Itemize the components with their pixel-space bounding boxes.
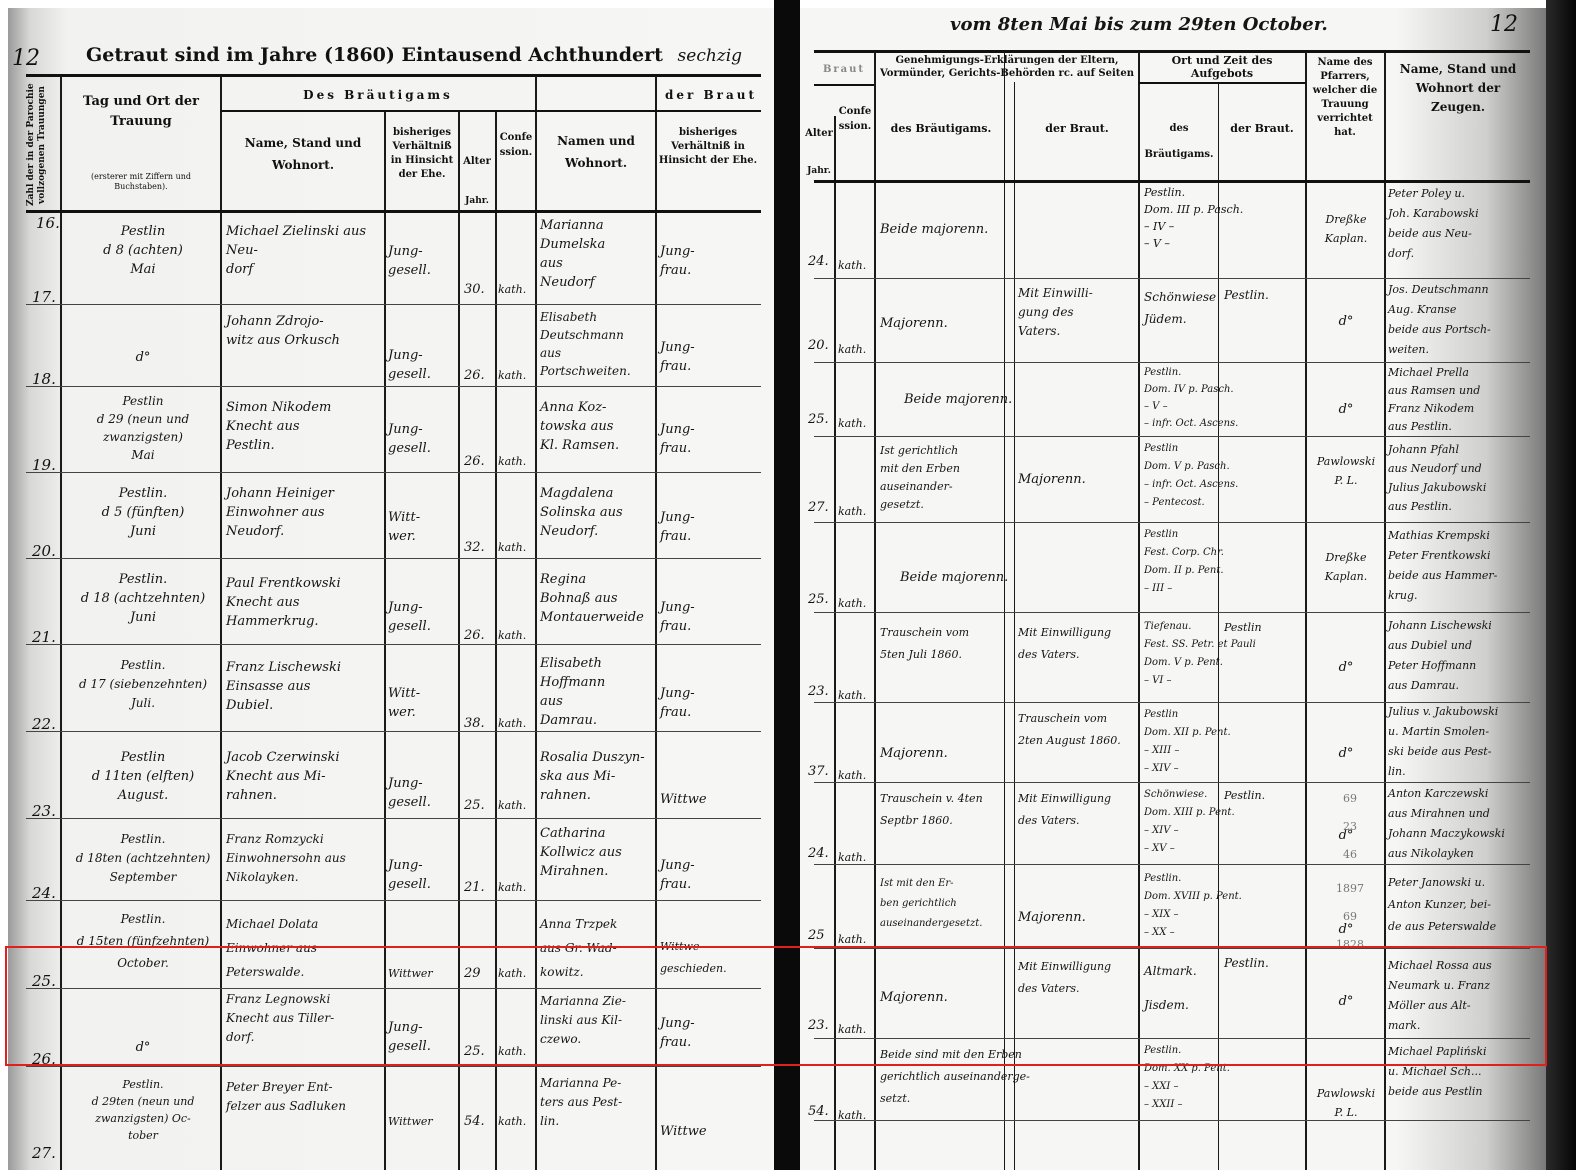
witnesses: Michael Rossa aus Neumark u. Franz Mölle… — [1388, 956, 1530, 1036]
header-consent-bride: der Braut. — [1018, 116, 1136, 142]
entry-number: 22. — [32, 715, 56, 733]
col-divider — [60, 76, 62, 1170]
bride-name: Rosalia Duszyn- ska aus Mi- rahnen. — [540, 748, 654, 805]
row-separator — [26, 558, 761, 559]
groom-confession: kath. — [498, 964, 534, 983]
header-groom-age-unit: Jahr. — [460, 194, 494, 209]
witnesses: Michael Prella aus Ramsen und Franz Niko… — [1388, 364, 1530, 436]
header-bride-group: der Braut — [537, 88, 757, 103]
entry-number: 23. — [32, 802, 56, 820]
bride-confession: kath. — [838, 1020, 866, 1039]
consent-groom: Beide majorenn. — [904, 390, 1136, 409]
banns-groom: Pestlin. Dom. IV p. Pasch. – V – – infr.… — [1144, 364, 1304, 432]
groom-confession: kath. — [498, 280, 534, 299]
row-separator — [26, 731, 761, 732]
groom-status: Wittwer — [388, 1112, 456, 1131]
pastor-name: Pawlowski P. L. — [1308, 1084, 1384, 1122]
banns-groom: Schönwiese Jüdem. — [1144, 286, 1222, 330]
header-pastor: Name des Pfarrers, welcher die Trauung v… — [1307, 56, 1383, 140]
marriage-date-place: Pestlin d 29 (neun und zwanzigsten) Mai — [70, 392, 216, 464]
header-bottom-rule — [814, 180, 1530, 183]
row-separator — [814, 522, 1530, 523]
bride-name: Anna Koz- towska aus Kl. Ramsen. — [540, 398, 654, 455]
groom-name: Johann Heiniger Einwohner aus Neudorf. — [226, 484, 382, 541]
entry-number: 20. — [32, 542, 56, 560]
bride-confession: kath. — [838, 848, 866, 867]
row-separator — [814, 782, 1530, 783]
consent-bride: Mit Einwilligung des Vaters. — [1018, 956, 1136, 1000]
col-divider — [1014, 82, 1015, 1170]
witnesses: Julius v. Jakubowski u. Martin Smolen- s… — [1388, 702, 1530, 782]
consent-groom: Trauschein v. 4ten Septbr 1860. — [880, 788, 1004, 832]
right-page-number: 12 — [1490, 12, 1518, 37]
pastor-name: d° — [1308, 312, 1384, 331]
bride-confession: kath. — [838, 414, 866, 433]
pastor-name: d° — [1308, 400, 1384, 419]
witnesses: Johann Lischewski aus Dubiel und Peter H… — [1388, 616, 1530, 696]
bride-age: 23. — [808, 684, 829, 699]
bride-confession: kath. — [838, 594, 866, 613]
entry-number: 24. — [32, 884, 56, 902]
header-date-place-note: (ersterer mit Ziffern und Buchstaben). — [66, 172, 216, 192]
consent-groom: Ist mit den Er- ben gerichtlich auseinan… — [880, 874, 1004, 934]
marriage-date-place: Pestlin. d 5 (fünften) Juni — [70, 484, 216, 541]
groom-age: 26. — [464, 626, 494, 645]
groom-status: Witt- wer. — [388, 508, 456, 546]
bride-age: 54. — [808, 1104, 829, 1119]
banns-groom: Pestlin Dom. XII p. Pent. – XIII – – XIV… — [1144, 706, 1304, 778]
col-divider — [220, 76, 222, 1170]
banns-groom: Pestlin. Dom. XX p. Pent. – XXI – – XXII… — [1144, 1042, 1304, 1114]
witnesses: Jos. Deutschmann Aug. Kranse beide aus P… — [1388, 280, 1530, 360]
pastor-name: d° — [1308, 744, 1384, 763]
header-date-place: Tag und Ort der Trauung — [66, 92, 216, 132]
row-separator — [814, 436, 1530, 437]
groom-status: Jung- gesell. — [388, 346, 456, 384]
bride-name: Regina Bohnaß aus Montauerweide — [540, 570, 654, 627]
row-separator — [814, 1120, 1530, 1121]
entry-number: 19. — [32, 456, 56, 474]
row-separator — [26, 304, 761, 305]
pastor-name: Dreßke Kaplan. — [1308, 548, 1384, 586]
entry-number: 21. — [32, 628, 56, 646]
groom-confession: kath. — [498, 714, 534, 733]
banns-groom: Pestlin Dom. V p. Pasch. – infr. Oct. As… — [1144, 440, 1304, 512]
bride-name: Catharina Kollwicz aus Mirahnen. — [540, 824, 654, 881]
title-rule — [814, 50, 1530, 53]
banns-bride: Pestlin — [1224, 618, 1304, 637]
marriage-date-place: Pestlin d 8 (achten) Mai — [70, 222, 216, 279]
header-bottom-rule — [26, 210, 761, 213]
bride-name: Anna Trzpek aus Gr. Wad- kowitz. — [540, 912, 654, 984]
groom-name: Jacob Czerwinski Knecht aus Mi- rahnen. — [226, 748, 382, 805]
header-bride-group: Braut — [814, 62, 874, 77]
banns-bride: Pestlin. — [1224, 954, 1304, 973]
bride-age: 37. — [808, 764, 829, 779]
groom-confession: kath. — [498, 366, 534, 385]
pastor-name: d° — [1308, 658, 1384, 677]
bride-status: Jung- frau. — [660, 598, 756, 636]
header-consent-group: Genehmigungs-Erklärungen der Eltern, Vor… — [876, 54, 1138, 80]
groom-name: Johann Zdrojo- witz aus Orkusch — [226, 312, 382, 350]
header-entry-number: Zahl der in der Parochie vollzogenen Tra… — [26, 82, 58, 208]
col-divider — [1305, 52, 1307, 1170]
header-groom-status: bisheriges Verhältniß in Hinsicht der Eh… — [387, 126, 457, 182]
bride-age: 25. — [808, 412, 829, 427]
groom-age: 38. — [464, 714, 494, 733]
bride-confession: kath. — [838, 766, 866, 785]
row-separator — [814, 948, 1530, 949]
groom-status: Jung- gesell. — [388, 598, 456, 636]
entry-number: 17. — [32, 288, 56, 306]
consent-groom: Ist gerichtlich mit den Erben auseinande… — [880, 442, 1004, 514]
bride-status: Jung- frau. — [660, 684, 756, 722]
bride-name: Marianna Zie- linski aus Kil- czewo. — [540, 992, 654, 1049]
groom-confession: kath. — [498, 796, 534, 815]
bride-status: Jung- frau. — [660, 856, 756, 894]
groom-status: Jung- gesell. — [388, 856, 456, 894]
marriage-date-place: Pestlin. d 29ten (neun und zwanzigsten) … — [70, 1076, 216, 1144]
book-gutter — [774, 0, 800, 1170]
right-page-title: vom 8ten Mai bis zum 29ten October. — [950, 14, 1328, 35]
pastor-name: Pawlowski P. L. — [1308, 452, 1384, 490]
col-divider — [655, 76, 657, 1170]
marriage-date-place: Pestlin. d 18ten (achtzehnten) September — [70, 830, 216, 887]
bride-confession: kath. — [838, 930, 866, 949]
left-page-number: 12 — [12, 46, 40, 71]
bride-age: 25. — [808, 592, 829, 607]
banns-groom: Pestlin. Dom. III p. Pasch. – IV – – V – — [1144, 184, 1304, 252]
bride-age: 27. — [808, 500, 829, 515]
bride-name: Marianna Dumelska aus Neudorf — [540, 216, 654, 292]
book-right-edge — [1546, 0, 1576, 1170]
bride-status: Jung- frau. — [660, 508, 756, 546]
pencil-note: 1897 69 1828 — [1322, 868, 1378, 952]
col-divider — [458, 112, 460, 1170]
consent-bride: Majorenn. — [1018, 470, 1136, 489]
row-separator — [814, 362, 1530, 363]
consent-groom: Majorenn. — [880, 744, 1004, 763]
bride-name: Elisabeth Deutschmann aus Portschweiten. — [540, 308, 654, 380]
groom-status: Jung- gesell. — [388, 242, 456, 280]
banns-bride: Pestlin. — [1224, 286, 1304, 305]
header-witnesses: Name, Stand und Wohnort der Zeugen. — [1388, 60, 1528, 117]
groom-confession: kath. — [498, 538, 534, 557]
row-separator — [26, 1066, 761, 1067]
groom-name: Simon Nikodem Knecht aus Pestlin. — [226, 398, 382, 455]
header-banns-bride: der Braut. — [1220, 116, 1304, 142]
groom-age: 29 — [464, 964, 494, 983]
header-banns-groom: des Bräutigams. — [1140, 116, 1218, 168]
groom-status: Witt- wer. — [388, 684, 456, 722]
consent-groom: Beide sind mit den Erben gerichtlich aus… — [880, 1044, 1138, 1110]
banns-groom: Altmark. Jisdem. — [1144, 954, 1222, 1022]
banns-groom: Pestlin Fest. Corp. Chr. Dom. II p. Pent… — [1144, 526, 1304, 598]
groom-name: Paul Frentkowski Knecht aus Hammerkrug. — [226, 574, 382, 631]
left-page-title: Getraut sind im Jahre (1860) Eintausend … — [86, 44, 742, 66]
groom-age: 21. — [464, 878, 494, 897]
groom-confession: kath. — [498, 452, 534, 471]
consent-groom: Beide majorenn. — [900, 568, 1136, 587]
witnesses: Peter Poley u. Joh. Karabowski beide aus… — [1388, 184, 1530, 264]
header-groom-age: Alter — [460, 154, 494, 169]
header-bride-name: Namen und Wohnort. — [539, 130, 653, 174]
marriage-date-place: Pestlin d 11ten (elften) August. — [70, 748, 216, 805]
col-divider — [535, 76, 537, 1170]
marriage-date-place: Pestlin. d 17 (siebenzehnten) Juli. — [70, 656, 216, 713]
col-divider — [834, 116, 836, 1170]
bride-confession: kath. — [838, 256, 866, 275]
groom-status: Jung- gesell. — [388, 774, 456, 812]
consent-bride: Majorenn. — [1018, 908, 1136, 927]
groom-name: Franz Romzycki Einwohnersohn aus Nikolay… — [226, 830, 382, 887]
groom-name: Michael Dolata Einwohner aus Peterswalde… — [226, 912, 382, 984]
marriage-date-place: d° — [70, 348, 216, 367]
bride-status: Jung- frau. — [660, 242, 756, 280]
group-header-rule — [220, 110, 761, 112]
row-separator — [814, 1038, 1530, 1039]
bride-confession: kath. — [838, 1106, 866, 1125]
group-header-rule — [814, 84, 874, 86]
bride-age: 23. — [808, 1018, 829, 1033]
witnesses: Michael Papliński u. Michael Sch... beid… — [1388, 1042, 1530, 1102]
groom-status: Jung- gesell. — [388, 420, 456, 458]
header-consent-groom: des Bräutigams. — [878, 116, 1004, 142]
bride-name: Elisabeth Hoffmann aus Damrau. — [540, 654, 654, 730]
pastor-name: Dreßke Kaplan. — [1308, 210, 1384, 248]
entry-number: 18. — [32, 370, 56, 388]
left-register-page: 12 Getraut sind im Jahre (1860) Eintause… — [8, 8, 774, 1170]
witnesses: Mathias Krempski Peter Frentkowski beide… — [1388, 526, 1530, 606]
consent-bride: Mit Einwilligung des Vaters. — [1018, 788, 1136, 832]
bride-status: Wittwe — [660, 1122, 756, 1141]
row-separator — [26, 472, 761, 473]
right-register-page: vom 8ten Mai bis zum 29ten October. 12 B… — [800, 8, 1546, 1170]
bride-age: 20. — [808, 338, 829, 353]
col-divider — [1384, 52, 1386, 1170]
banns-bride: Pestlin. — [1224, 786, 1304, 805]
groom-name: Franz Lischewski Einsasse aus Dubiel. — [226, 658, 382, 715]
row-separator — [814, 612, 1530, 613]
bride-status: Wittwe — [660, 790, 756, 809]
groom-age: 26. — [464, 366, 494, 385]
header-banns-group: Ort und Zeit des Aufgebots — [1140, 54, 1304, 80]
marriage-date-place: Pestlin. d 18 (achtzehnten) Juni — [70, 570, 216, 627]
title-rule — [26, 74, 761, 77]
row-separator — [26, 988, 761, 989]
header-groom-confession: Confession. — [498, 130, 534, 160]
header-bride-age-unit: Jahr. — [802, 164, 836, 179]
col-divider — [495, 112, 497, 1170]
marriage-date-place: d° — [70, 1038, 216, 1057]
witnesses: Johann Pfahl aus Neudorf und Julius Jaku… — [1388, 440, 1530, 516]
entry-number: 26. — [32, 1050, 56, 1068]
bride-status: Jung- frau. — [660, 1014, 756, 1052]
bride-confession: kath. — [838, 686, 866, 705]
entry-number: 27. — [32, 1144, 56, 1162]
groom-name: Michael Zielinski aus Neu- dorf — [226, 222, 382, 279]
groom-age: 54. — [464, 1112, 494, 1131]
row-separator — [814, 864, 1530, 865]
groom-age: 26. — [464, 452, 494, 471]
bride-age: 24. — [808, 846, 829, 861]
banns-groom: Pestlin. Dom. XVIII p. Pent. – XIX – – X… — [1144, 870, 1304, 942]
groom-status: Jung- gesell. — [388, 1018, 456, 1056]
consent-groom: Majorenn. — [880, 314, 1004, 333]
header-bride-age: Alter — [802, 126, 836, 141]
bride-status: Wittwe geschieden. — [660, 936, 756, 980]
pencil-note: 69 23 46 — [1330, 778, 1370, 862]
row-separator — [26, 386, 761, 387]
consent-bride: Mit Einwilli- gung des Vaters. — [1018, 284, 1136, 341]
groom-age: 30. — [464, 280, 494, 299]
witnesses: Anton Karczewski aus Mirahnen und Johann… — [1388, 784, 1530, 864]
bride-age: 24. — [808, 254, 829, 269]
header-bride-confession: Confession. — [837, 104, 873, 134]
groom-age: 25. — [464, 1042, 494, 1061]
col-divider — [1138, 52, 1140, 1170]
groom-confession: kath. — [498, 878, 534, 897]
consent-groom: Trauschein vom 5ten Juli 1860. — [880, 622, 1004, 666]
entry-number: 25. — [32, 972, 56, 990]
groom-status: Wittwer — [388, 964, 456, 983]
groom-confession: kath. — [498, 1042, 534, 1061]
col-divider — [384, 112, 386, 1170]
consent-bride: Mit Einwilligung des Vaters. — [1018, 622, 1136, 666]
col-divider — [874, 52, 876, 1170]
groom-confession: kath. — [498, 626, 534, 645]
group-header-rule — [1138, 82, 1306, 84]
marriage-date-place: Pestlin. d 15ten (fünfzehnten) October. — [70, 908, 216, 974]
header-bride-status: bisheriges Verhältniß in Hinsicht der Eh… — [658, 126, 758, 168]
bride-status: Jung- frau. — [660, 338, 756, 376]
consent-bride: Trauschein vom 2ten August 1860. — [1018, 708, 1136, 752]
row-separator — [26, 644, 761, 645]
entry-number: 16. — [36, 214, 60, 232]
row-separator — [26, 900, 761, 901]
bride-name: Marianna Pe- ters aus Pest- lin. — [540, 1074, 654, 1131]
groom-name: Franz Legnowski Knecht aus Tiller- dorf. — [226, 990, 382, 1047]
bride-age: 25 — [808, 928, 825, 943]
header-groom-name: Name, Stand und Wohnort. — [226, 132, 380, 176]
groom-confession: kath. — [498, 1112, 534, 1131]
row-separator — [26, 818, 761, 819]
pastor-name: d° — [1308, 992, 1384, 1011]
bride-status: Jung- frau. — [660, 420, 756, 458]
consent-groom: Majorenn. — [880, 988, 1004, 1007]
bride-confession: kath. — [838, 340, 866, 359]
groom-age: 25. — [464, 796, 494, 815]
row-separator — [814, 278, 1530, 279]
groom-age: 32. — [464, 538, 494, 557]
bride-confession: kath. — [838, 502, 866, 521]
witnesses: Peter Janowski u. Anton Kunzer, bei- de … — [1388, 872, 1530, 938]
groom-name: Peter Breyer Ent- felzer aus Sadluken — [226, 1078, 382, 1116]
header-groom-group: Des Bräutigams — [222, 88, 534, 103]
bride-name: Magdalena Solinska aus Neudorf. — [540, 484, 654, 541]
consent-groom: Beide majorenn. — [880, 220, 1136, 239]
